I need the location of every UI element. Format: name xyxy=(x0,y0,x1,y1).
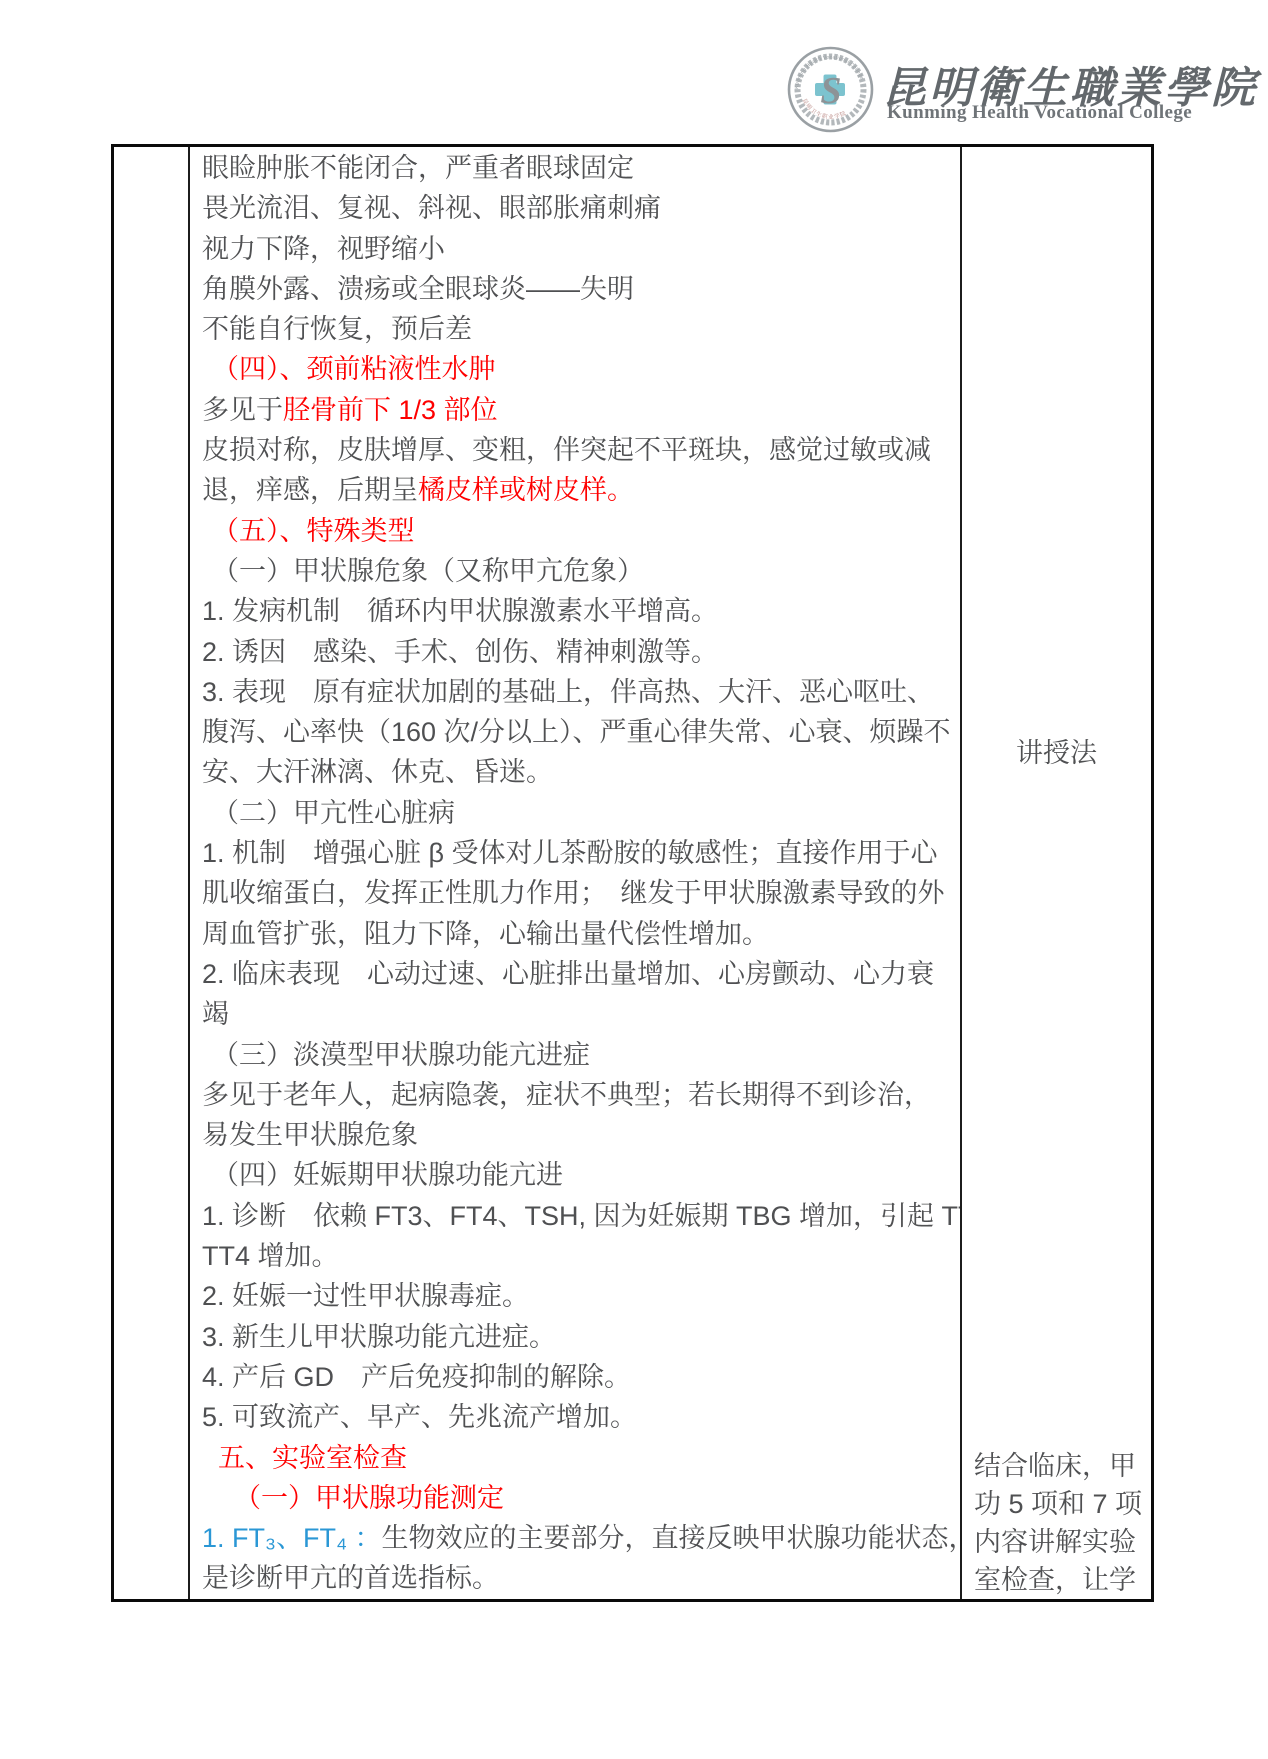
content-line: 2. 诱因 感染、手术、创伤、精神刺激等。 xyxy=(202,632,952,672)
seal-dragon-letter: S xyxy=(820,70,841,112)
content-line: 是诊断甲亢的首选指标。 xyxy=(202,1558,952,1598)
content-line: TT4 增加。 xyxy=(202,1236,952,1276)
college-name-calligraphy: 昆明衛生職業學院 xyxy=(882,53,1258,110)
text-segment: 眼睑肿胀不能闭合，严重者眼球固定 xyxy=(202,153,634,183)
text-segment: 角膜外露、溃疡或全眼球炎——失明 xyxy=(202,274,634,304)
content-line: 3. 表现 原有症状加剧的基础上，伴高热、大汗、恶心呕吐、 xyxy=(202,672,952,712)
text-segment: 易发生甲状腺危象 xyxy=(202,1120,418,1150)
content-line: 4. 产后 GD 产后免疫抑制的解除。 xyxy=(202,1357,952,1397)
content-line: 角膜外露、溃疡或全眼球炎——失明 xyxy=(202,269,952,309)
content-line: 畏光流泪、复视、斜视、眼部胀痛刺痛 xyxy=(202,188,952,228)
content-line: （五）、特殊类型 xyxy=(202,511,952,551)
text-segment: （四）妊娠期甲状腺功能亢进 xyxy=(212,1160,563,1190)
content-line: （四）、颈前粘液性水肿 xyxy=(202,349,952,389)
text-segment: （三）淡漠型甲状腺功能亢进症 xyxy=(212,1040,590,1070)
content-line: 2. 临床表现 心动过速、心脏排出量增加、心房颤动、心力衰 xyxy=(202,954,952,994)
teaching-method-note: 结合临床，甲功 5 项和 7 项内容讲解实验室检查，让学 xyxy=(974,1447,1149,1599)
content-line: 1. 诊断 依赖 FT3、FT4、TSH, 因为妊娠期 TBG 增加，引起 TT… xyxy=(202,1196,952,1236)
college-seal-icon: Kunming Health Vocational College 昆明卫生职业… xyxy=(787,46,874,133)
text-segment: 3. 表现 原有症状加剧的基础上，伴高热、大汗、恶心呕吐、 xyxy=(202,677,934,707)
text-segment: 不能自行恢复，预后差 xyxy=(202,314,472,344)
content-line: 1. 机制 增强心脏 β 受体对儿茶酚胺的敏感性；直接作用于心 xyxy=(202,833,952,873)
text-segment: 视力下降，视野缩小 xyxy=(202,234,445,264)
content-line: 5. 可致流产、早产、先兆流产增加。 xyxy=(202,1397,952,1437)
text-segment: 竭 xyxy=(202,999,229,1029)
text-segment: （二）甲亢性心脏病 xyxy=(212,798,455,828)
text-segment: 退，痒感，后期呈 xyxy=(202,475,418,505)
text-segment: 4. 产后 GD 产后免疫抑制的解除。 xyxy=(202,1362,631,1392)
text-segment: 多见于 xyxy=(202,395,283,425)
text-segment: 腹泻、心率快（160 次/分以上）、严重心律失常、心衰、烦躁不 xyxy=(202,717,951,747)
text-segment: 皮损对称，皮肤增厚、变粗，伴突起不平斑块，感觉过敏或减 xyxy=(202,435,931,465)
text-segment: 橘皮样或树皮样。 xyxy=(418,475,634,505)
content-line: 3. 新生儿甲状腺功能亢进症。 xyxy=(202,1317,952,1357)
text-segment: 2. 临床表现 心动过速、心脏排出量增加、心房颤动、心力衰 xyxy=(202,959,934,989)
note-line: 室检查，让学 xyxy=(974,1561,1149,1599)
content-line: 2. 妊娠一过性甲状腺毒症。 xyxy=(202,1276,952,1316)
text-segment: 安、大汗淋漓、休克、昏迷。 xyxy=(202,757,553,787)
note-line: 结合临床，甲 xyxy=(974,1447,1149,1485)
text-segment: 生物效应的主要部分，直接反映甲状腺功能状态， xyxy=(382,1523,960,1553)
content-line: 多见于胫骨前下 1/3 部位 xyxy=(202,390,952,430)
text-segment: （五）、特殊类型 xyxy=(212,516,415,546)
teaching-method-cell: 讲授法 结合临床，甲功 5 项和 7 项内容讲解实验室检查，让学 xyxy=(962,147,1151,1599)
content-line: （一）甲状腺危象（又称甲亢危象） xyxy=(202,551,952,591)
text-segment: 1. 发病机制 循环内甲状腺激素水平增高。 xyxy=(202,596,718,626)
content-line: （三）淡漠型甲状腺功能亢进症 xyxy=(202,1035,952,1075)
text-segment: 2. 诱因 感染、手术、创伤、精神刺激等。 xyxy=(202,637,718,667)
text-segment: 5. 可致流产、早产、先兆流产增加。 xyxy=(202,1402,637,1432)
text-segment: TT4 增加。 xyxy=(202,1241,339,1271)
text-segment: 2. 妊娠一过性甲状腺毒症。 xyxy=(202,1281,529,1311)
content-line: （二）甲亢性心脏病 xyxy=(202,793,952,833)
content-line: （四）妊娠期甲状腺功能亢进 xyxy=(202,1155,952,1195)
content-line: 安、大汗淋漓、休克、昏迷。 xyxy=(202,752,952,792)
text-segment: 多见于老年人，起病隐袭，症状不典型；若长期得不到诊治， xyxy=(202,1080,931,1110)
text-segment: 胫骨前下 1/3 部位 xyxy=(283,395,498,425)
content-cell: 眼睑肿胀不能闭合，严重者眼球固定畏光流泪、复视、斜视、眼部胀痛刺痛视力下降，视野… xyxy=(190,147,960,1599)
document-page: Kunming Health Vocational College 昆明卫生职业… xyxy=(0,0,1268,1759)
text-segment: （四）、颈前粘液性水肿 xyxy=(212,354,496,384)
text-segment: 肌收缩蛋白，发挥正性肌力作用； 继发于甲状腺激素导致的外 xyxy=(202,878,945,908)
text-segment: 五、实验室检查 xyxy=(218,1443,407,1473)
content-line: 周血管扩张，阻力下降，心输出量代偿性增加。 xyxy=(202,914,952,954)
note-line: 功 5 项和 7 项 xyxy=(974,1485,1149,1523)
text-segment: 周血管扩张，阻力下降，心输出量代偿性增加。 xyxy=(202,919,769,949)
college-name-english: Kunming Health Vocational College xyxy=(887,102,1263,124)
text-segment: （一）甲状腺功能测定 xyxy=(234,1483,504,1513)
content-line: 五、实验室检查 xyxy=(202,1438,952,1478)
content-line: 1. 发病机制 循环内甲状腺激素水平增高。 xyxy=(202,591,952,631)
content-line: 皮损对称，皮肤增厚、变粗，伴突起不平斑块，感觉过敏或减 xyxy=(202,430,952,470)
teaching-method-label: 讲授法 xyxy=(962,733,1151,773)
text-segment: 1. 机制 增强心脏 β 受体对儿茶酚胺的敏感性；直接作用于心 xyxy=(202,838,938,868)
content-line: 多见于老年人，起病隐袭，症状不典型；若长期得不到诊治， xyxy=(202,1075,952,1115)
note-line: 内容讲解实验 xyxy=(974,1523,1149,1561)
text-segment: 是诊断甲亢的首选指标。 xyxy=(202,1563,499,1593)
content-line: 退，痒感，后期呈橘皮样或树皮样。 xyxy=(202,470,952,510)
content-line: 1. FT₃、FT₄ ：生物效应的主要部分，直接反映甲状腺功能状态， xyxy=(202,1518,952,1558)
text-segment: 畏光流泪、复视、斜视、眼部胀痛刺痛 xyxy=(202,193,661,223)
content-line: 不能自行恢复，预后差 xyxy=(202,309,952,349)
content-line: 肌收缩蛋白，发挥正性肌力作用； 继发于甲状腺激素导致的外 xyxy=(202,873,952,913)
text-segment: （一）甲状腺危象（又称甲亢危象） xyxy=(212,556,644,586)
content-line: 眼睑肿胀不能闭合，严重者眼球固定 xyxy=(202,148,952,188)
text-segment: 1. FT₃、FT₄ ： xyxy=(202,1523,382,1553)
text-segment: 1. 诊断 依赖 FT3、FT4、TSH, 因为妊娠期 TBG 增加，引起 TT… xyxy=(202,1201,960,1231)
content-line: 竭 xyxy=(202,994,952,1034)
content-line: 易发生甲状腺危象 xyxy=(202,1115,952,1155)
content-line: 视力下降，视野缩小 xyxy=(202,229,952,269)
text-segment: 3. 新生儿甲状腺功能亢进症。 xyxy=(202,1322,556,1352)
lesson-plan-table: 眼睑肿胀不能闭合，严重者眼球固定畏光流泪、复视、斜视、眼部胀痛刺痛视力下降，视野… xyxy=(111,144,1154,1602)
content-line: 腹泻、心率快（160 次/分以上）、严重心律失常、心衰、烦躁不 xyxy=(202,712,952,752)
content-line: （一）甲状腺功能测定 xyxy=(202,1478,952,1518)
